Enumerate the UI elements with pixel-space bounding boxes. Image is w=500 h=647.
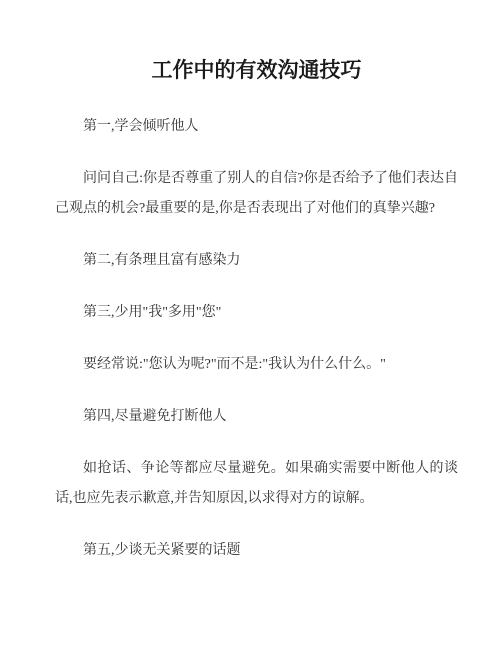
paragraph-tip-4-heading: 第四,尽量避免打断他人	[55, 402, 458, 432]
document-page: 工作中的有效沟通技巧 第一,学会倾听他人 问问自己:你是否尊重了别人的自信?你是…	[0, 0, 500, 647]
paragraph-tip-2-heading: 第二,有条理且富有感染力	[55, 246, 458, 276]
paragraph-tip-1-body: 问问自己:你是否尊重了别人的自信?你是否给予了他们表达自己观点的机会?最重要的是…	[55, 164, 458, 224]
document-title: 工作中的有效沟通技巧	[55, 55, 458, 87]
paragraph-tip-5-heading: 第五,少谈无关紧要的话题	[55, 536, 458, 566]
paragraph-tip-1-heading: 第一,学会倾听他人	[55, 112, 458, 142]
paragraph-tip-3-heading: 第三,少用"我"多用"您"	[55, 298, 458, 328]
paragraph-tip-4-body: 如抢话、争论等都应尽量避免。如果确实需要中断他人的谈话,也应先表示歉意,并告知原…	[55, 454, 458, 514]
paragraph-tip-3-body: 要经常说:"您认为呢?"而不是:"我认为什么什么。"	[55, 350, 458, 380]
